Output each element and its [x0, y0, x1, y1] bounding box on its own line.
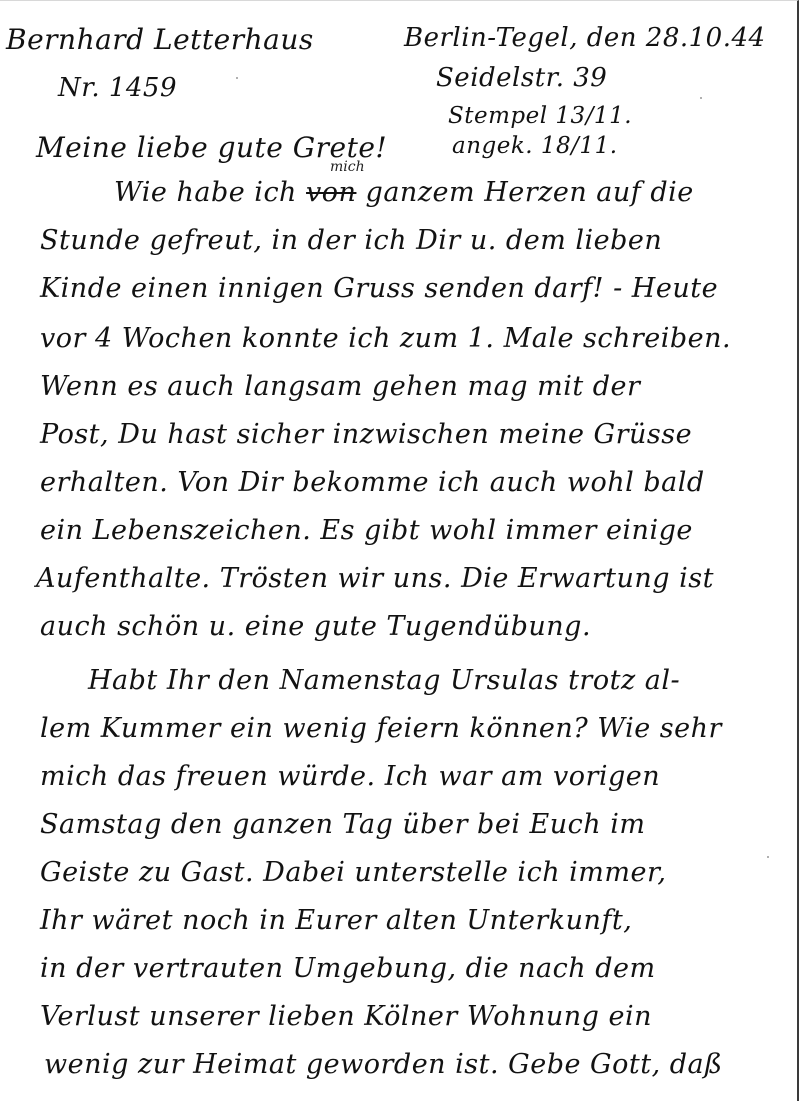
letter-line: Wenn es auch langsam gehen mag mit der	[40, 371, 640, 402]
letter-line: Samstag den ganzen Tag über bei Euch im	[40, 809, 645, 840]
handwritten-letter-page: Bernhard Letterhaus Nr. 1459 Berlin-Tege…	[0, 0, 799, 1101]
letter-line: lem Kummer ein wenig feiern können? Wie …	[40, 713, 722, 744]
letter-line: Kinde einen innigen Gruss senden darf! -…	[40, 273, 718, 304]
line-text: ganzem Herzen auf die	[356, 177, 693, 208]
letter-line: Post, Du hast sicher inzwischen meine Gr…	[40, 419, 692, 450]
struck-word: von	[306, 177, 356, 208]
inserted-word: mich	[330, 159, 365, 175]
letter-line: ein Lebenszeichen. Es gibt wohl immer ei…	[40, 515, 693, 546]
line-text: Wie habe ich	[114, 177, 306, 208]
postmark-note: Stempel 13/11.	[448, 103, 632, 129]
letter-line: Ihr wäret noch in Eurer alten Unterkunft…	[40, 905, 632, 936]
letter-line: Geiste zu Gast. Dabei unterstelle ich im…	[40, 857, 667, 888]
received-note: angek. 18/11.	[452, 133, 618, 159]
prisoner-number: Nr. 1459	[58, 73, 177, 103]
letter-line: mich das freuen würde. Ich war am vorige…	[40, 761, 660, 792]
letter-line: Verlust unserer lieben Kölner Wohnung ei…	[40, 1001, 652, 1032]
scan-speck	[236, 77, 238, 79]
letter-line: auch schön u. eine gute Tugendübung.	[40, 611, 591, 642]
scan-speck	[767, 856, 769, 858]
letter-line: Aufenthalte. Trösten wir uns. Die Erwart…	[36, 563, 714, 594]
place-and-date: Berlin-Tegel, den 28.10.44	[404, 23, 766, 53]
letter-line: Stunde gefreut, in der ich Dir u. dem li…	[40, 225, 662, 256]
letter-line: erhalten. Von Dir bekomme ich auch wohl …	[40, 467, 705, 498]
scan-speck	[700, 97, 702, 99]
letter-line: Habt Ihr den Namenstag Ursulas trotz al-	[88, 665, 680, 696]
sender-name: Bernhard Letterhaus	[6, 23, 314, 56]
letter-line: in der vertrauten Umgebung, die nach dem	[40, 953, 656, 984]
letter-line: wenig zur Heimat geworden ist. Gebe Gott…	[44, 1049, 723, 1080]
letter-line: vor 4 Wochen konnte ich zum 1. Male schr…	[40, 323, 731, 354]
address-line: Seidelstr. 39	[436, 63, 607, 93]
letter-line: Wie habe ich von ganzem Herzen auf die	[114, 177, 694, 208]
